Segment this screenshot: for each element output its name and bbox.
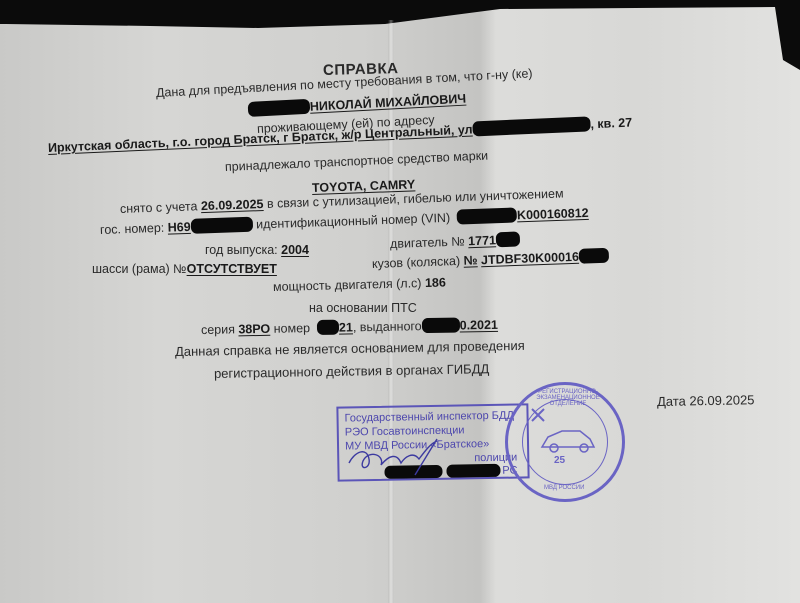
year-value: 2004: [281, 243, 309, 257]
pts-line: серия 38РО номер 21, выданного0.2021: [201, 317, 498, 337]
redaction-block: [457, 207, 517, 224]
disclaimer-line-1: Данная справка не является основанием дл…: [175, 338, 525, 359]
deregistration-date: 26.09.2025: [201, 197, 264, 213]
chassis-value: ОТСУТСТВУЕТ: [187, 262, 277, 276]
address-apartment: , кв. 27: [590, 116, 632, 132]
redaction-block: [472, 116, 591, 136]
hammer-wrench-icon: [530, 407, 546, 423]
redaction-block: [190, 217, 252, 234]
chassis-line: шасси (рама) №ОТСУТСТВУЕТ: [92, 262, 277, 276]
car-emblem-icon: [538, 421, 598, 455]
pts-issued-date: 0.2021: [460, 318, 498, 333]
official-seal: РЕГИСТРАЦИОННО-ЭКЗАМЕНАЦИОННОЕ ОТДЕЛЕНИЕ…: [505, 382, 625, 502]
engine-number: 1771: [468, 233, 496, 248]
seal-bottom-text: МВД РОССИИ: [544, 485, 584, 491]
redaction-block: [422, 317, 460, 333]
pts-number: 21: [339, 320, 353, 334]
redaction-block: [496, 231, 521, 247]
certificate-document: СПРАВКА Дана для предъявления по месту т…: [0, 0, 800, 603]
basis-line: на основании ПТС: [309, 301, 417, 315]
vehicle-label: принадлежало транспортное средство марки: [225, 149, 489, 174]
power-value: 186: [425, 275, 446, 290]
redaction-block: [317, 320, 339, 335]
redaction-block: [579, 248, 610, 264]
seal-number: 25: [554, 455, 565, 466]
body-number: JTDBF30K00016: [481, 250, 579, 267]
pts-series: 38РО: [238, 322, 270, 337]
owner-name: НИКОЛАЙ МИХАЙЛОВИЧ: [310, 92, 467, 114]
date-text: Дата 26.09.2025: [657, 392, 755, 409]
redaction-block: [248, 99, 311, 117]
power-line: мощность двигателя (л.с) 186: [273, 275, 446, 294]
signature-icon: [345, 437, 455, 477]
plate-number: Н69: [167, 220, 190, 235]
body-line: кузов (коляска) № JTDBF30K00016: [372, 248, 609, 271]
engine-line: двигатель № 1771: [390, 231, 520, 251]
year-line: год выпуска: 2004: [205, 243, 309, 257]
disclaimer-line-2: регистрационного действия в органах ГИБД…: [214, 361, 489, 381]
vin-number: K000160812: [517, 206, 589, 222]
